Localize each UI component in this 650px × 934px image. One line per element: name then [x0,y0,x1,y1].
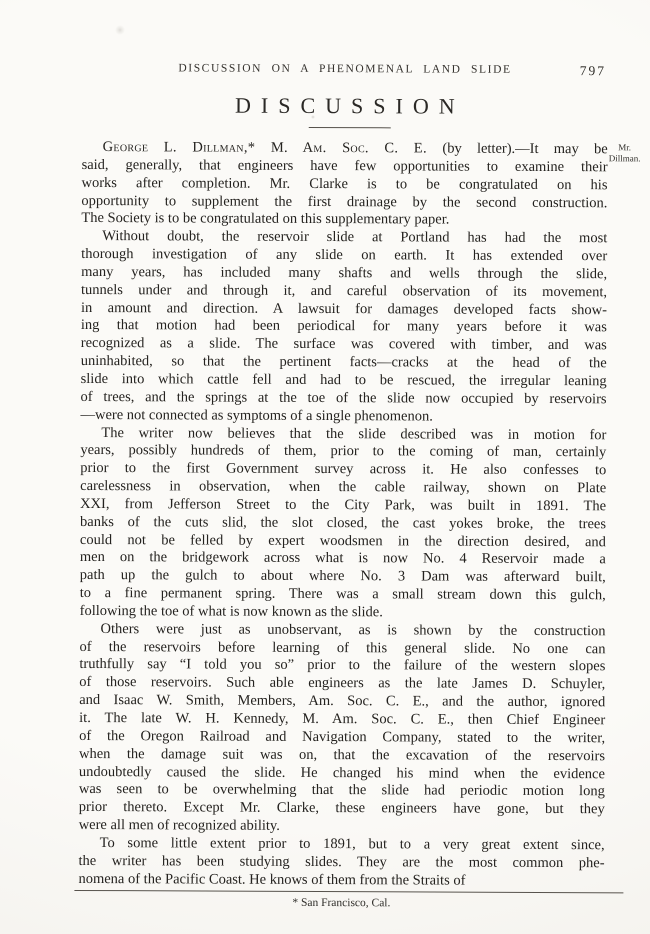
paragraph: George L. Dillman,* M. Am. Soc. C. E. (b… [81,139,607,231]
title-rule [309,127,391,129]
text-line: following the toe of what is now known a… [80,603,606,623]
running-head: DISCUSSION ON A PHENOMENAL LAND SLIDE 79… [82,62,608,80]
footnote-rule [74,890,623,894]
author-name-smallcaps: George L. Dillman,* M. Am. Soc. C. E. [103,139,443,156]
text-line: the writer has been studying slides. The… [79,853,605,873]
text-line: recognized as a slide. The surface was c… [81,335,607,355]
text-line: George L. Dillman,* M. Am. Soc. C. E. (b… [82,139,608,159]
text-line: to a fine permanent spring. There was a … [80,585,606,605]
paragraph: The writer now believes that the slide d… [80,424,607,623]
text-line: of trees, and the springs at the toe of … [81,389,607,409]
section-title: DISCUSSION [82,92,608,120]
text-line: ing that motion had been periodical for … [81,317,607,337]
text-line: many years, has included many shafts and… [81,264,607,284]
page-number: 797 [580,63,606,79]
scanned-page: DISCUSSION ON A PHENOMENAL LAND SLIDE 79… [0,0,650,934]
text-line: thorough investigation of any slide on e… [81,246,607,266]
text-line: in amount and direction. A lawsuit for d… [81,300,607,320]
text-line: men on the bridgework across what is now… [80,549,606,569]
text-line: —were not connected as symptoms of a sin… [80,407,606,427]
page-content: DISCUSSION ON A PHENOMENAL LAND SLIDE 79… [0,0,650,934]
text-line: The writer now believes that the slide d… [80,424,606,444]
paragraph: Without doubt, the reservoir slide at Po… [80,228,607,427]
text-line: opportunity to supplement the first drai… [81,192,607,212]
text-line: was seen to be overwhelming that the sli… [79,781,605,801]
paragraph: To some little extent prior to 1891, but… [78,835,604,891]
text-line: and Isaac W. Smith, Members, Am. Soc. C.… [79,692,605,712]
footnote: * San Francisco, Cal. [78,896,604,910]
text-line: were all men of recognized ability. [79,817,605,837]
text-line: To some little extent prior to 1891, but… [79,835,605,855]
text-line: of those reservoirs. Such able engineers… [79,674,605,694]
text-line: prior thereto. Except Mr. Clarke, these … [79,799,605,819]
text-line: truthfully say “I told you so” prior to … [79,656,605,676]
text-line: XXI, from Jefferson Street to the City P… [80,496,606,516]
text-line: it. The late W. H. Kennedy, M. Am. Soc. … [79,710,605,730]
text-line: said, generally, that engineers have few… [82,157,608,177]
paragraph: Others were just as unobservant, as is s… [79,621,606,837]
text-line: nomena of the Pacific Coast. He knows of… [78,871,604,891]
text-line: of the reservoirs before learning of thi… [79,639,605,659]
text-line: uninhabited, so that the pertinent facts… [81,353,607,373]
text-line: when the damage suit was on, that the ex… [79,746,605,766]
text-line: of the Oregon Railroad and Navigation Co… [79,728,605,748]
margin-note-line: Mr. [601,142,649,153]
text-line: tunnels under and through it, and carefu… [81,282,607,302]
text-line: works after completion. Mr. Clarke is to… [81,175,607,195]
text-line: undoubtedly caused the slide. He changed… [79,763,605,783]
text-line: The Society is to be congratulated on th… [81,210,607,230]
text-line: prior to the first Government survey acr… [80,460,606,480]
margin-note: Mr. Dillman. [601,142,649,163]
body-text: George L. Dillman,* M. Am. Soc. C. E. (b… [78,139,607,891]
text-line: Others were just as unobservant, as is s… [80,621,606,641]
text-segment: (by letter).—It may be [442,141,607,158]
running-head-title: DISCUSSION ON A PHENOMENAL LAND SLIDE [82,62,608,76]
text-line: carelessness in observation, when the ca… [80,478,606,498]
text-line: banks of the cuts slid, the slot closed,… [80,514,606,534]
margin-note-line: Dillman. [601,153,649,164]
text-line: slide into which cattle fell and had to … [81,371,607,391]
text-line: years, possibly hundreds of them, prior … [80,442,606,462]
text-line: Without doubt, the reservoir slide at Po… [81,228,607,248]
text-line: path up the gulch to about where No. 3 D… [80,567,606,587]
text-line: could not be felled by expert woodsmen i… [80,532,606,552]
